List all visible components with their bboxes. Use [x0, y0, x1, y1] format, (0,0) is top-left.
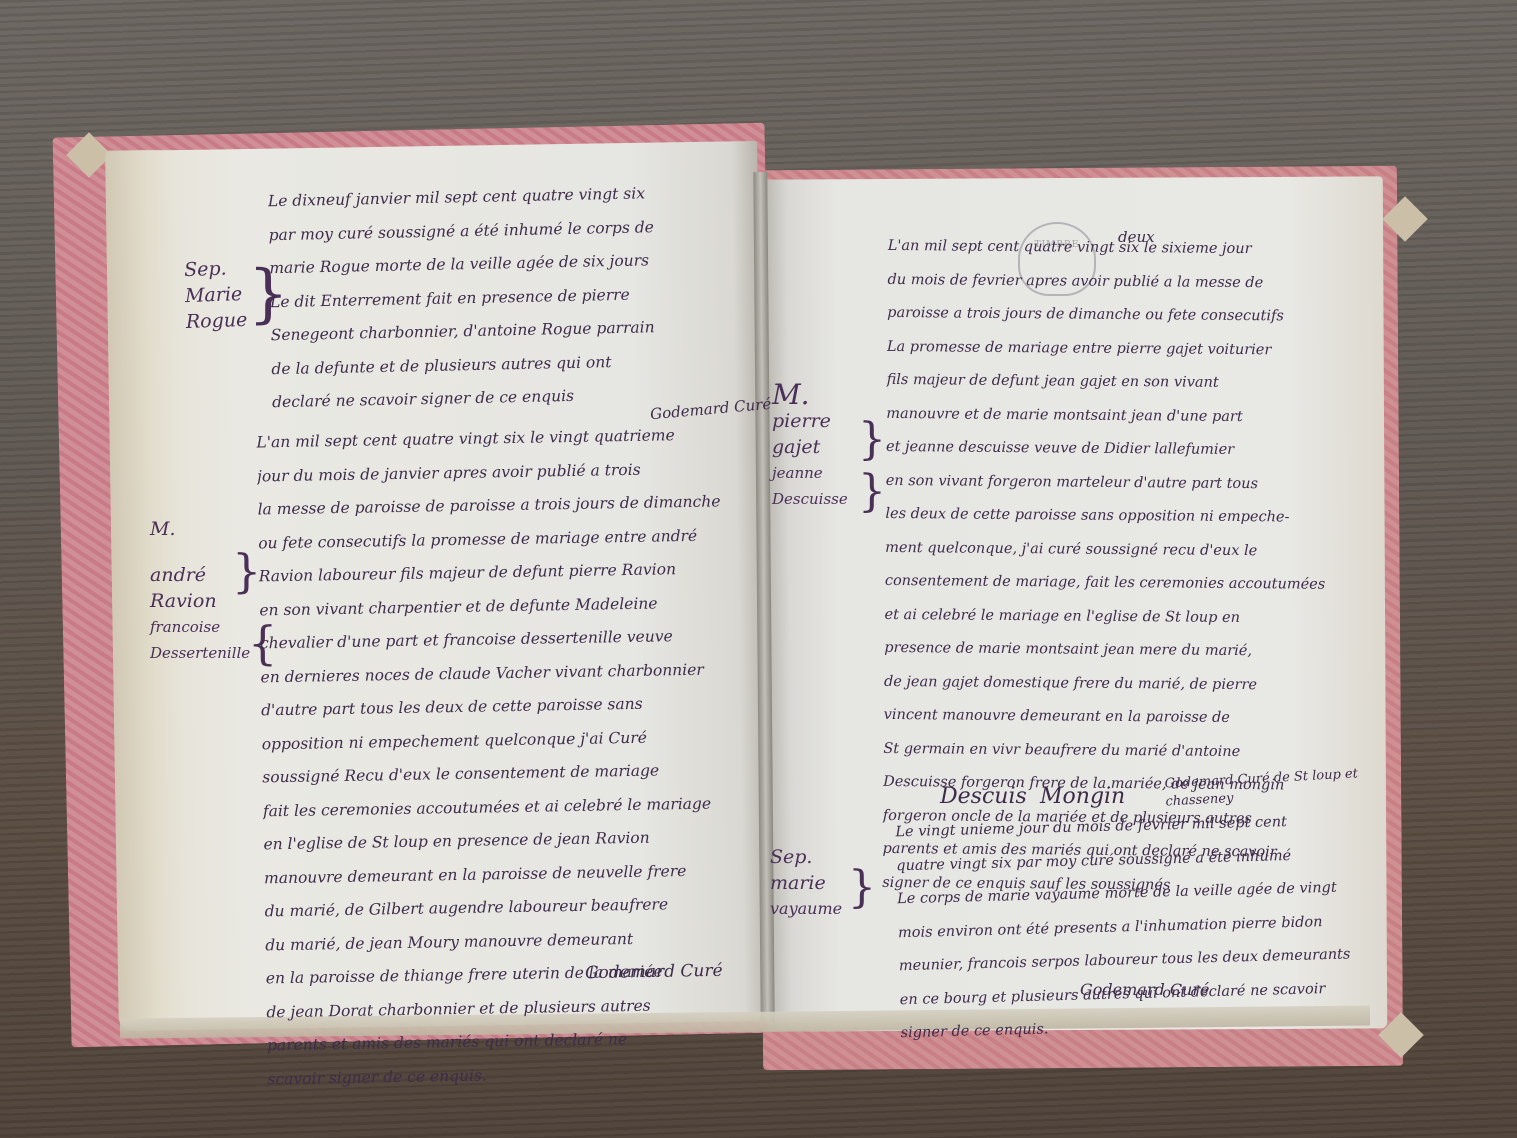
- signature-cure: Godemard Curé: [1080, 980, 1209, 999]
- margin-note-burial-rogue: Sep. Marie Rogue: [184, 255, 248, 335]
- signature-descuis: Descuis: [940, 784, 1027, 809]
- margin-note-burial-vayaume: Sep. marie vayaume: [770, 844, 842, 922]
- signature-cure: Godemard Curé: [585, 961, 723, 983]
- entry-burial-rogue: Le dixneuf janvier mil sept cent quatre …: [268, 175, 773, 420]
- brace: }: [848, 866, 876, 910]
- entry-burial-vayaume: Le vingt unieme jour du mois de fevrier …: [895, 804, 1381, 1051]
- brace: }: [858, 418, 886, 462]
- brace: }: [858, 470, 886, 514]
- entry-marriage-ravion: L'an mil sept cent quatre vingt six le v…: [256, 418, 773, 1097]
- margin-note-marriage-gajet: M. pierre gajet jeanne Descuisse: [772, 382, 848, 512]
- signature-mongin: Mongin: [1040, 784, 1125, 809]
- brace: }: [232, 548, 261, 594]
